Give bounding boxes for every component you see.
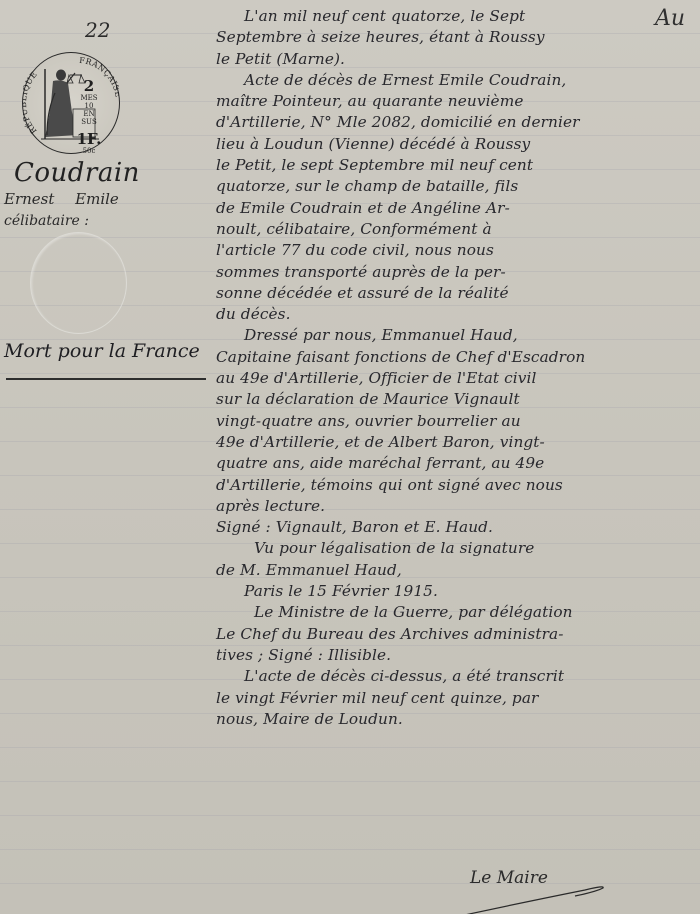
stamp-value-bottom: 1F. (77, 130, 102, 148)
certificate-line: Signé : Vignault, Baron et E. Haud. (216, 517, 692, 538)
certificate-line: le vingt Février mil neuf cent quinze, p… (216, 688, 692, 709)
svg-text:RÉPUBLIQUE: RÉPUBLIQUE (23, 70, 39, 136)
certificate-line: Capitaine faisant fonctions de Chef d'Es… (216, 347, 692, 368)
mention-underline (6, 378, 206, 380)
certificate-line: après lecture. (216, 496, 692, 517)
certificate-line: le Petit, le sept Septembre mil neuf cen… (216, 155, 692, 176)
certificate-line: Le Chef du Bureau des Archives administr… (216, 624, 692, 645)
certificate-line: lieu à Loudun (Vienne) décédé à Roussy (216, 134, 692, 155)
certificate-line: l'article 77 du code civil, nous nous (216, 240, 692, 261)
certificate-line: tives ; Signé : Illisible. (216, 645, 692, 666)
certificate-line: Le Ministre de la Guerre, par délégation (216, 602, 692, 623)
embossed-seal-icon (30, 232, 127, 334)
certificate-line: le Petit (Marne). (216, 49, 692, 70)
certificate-line: quatorze, sur le champ de bataille, fils (216, 176, 692, 197)
deceased-given-names: Ernest Emile (4, 190, 119, 208)
certificate-line: Vu pour légalisation de la signature (216, 538, 692, 559)
certificate-line: nous, Maire de Loudun. (216, 709, 692, 730)
certificate-line: L'an mil neuf cent quatorze, le Sept (216, 6, 692, 27)
certificate-line: d'Artillerie, témoins qui ont signé avec… (216, 475, 692, 496)
certificate-line: de Emile Coudrain et de Angéline Ar- (216, 198, 692, 219)
stamp-value-suffix: MES 10 (75, 94, 103, 110)
mayor-signature: Le Maire (470, 868, 548, 888)
stamp-value-middle: EN SUS (75, 110, 103, 126)
certificate-line: noult, célibataire, Conformément à (216, 219, 692, 240)
marianne-figure-icon: RÉPUBLIQUE FRANÇAISE (23, 53, 119, 153)
certificate-body: L'an mil neuf cent quatorze, le SeptSept… (216, 6, 692, 730)
certificate-line: Dressé par nous, Emmanuel Haud, (216, 325, 692, 346)
certificate-line: maître Pointeur, au quarante neuvième (216, 91, 692, 112)
mort-pour-la-france-mention: Mort pour la France (4, 340, 200, 362)
certificate-line: sur la déclaration de Maurice Vignault (216, 389, 692, 410)
certificate-line: vingt-quatre ans, ouvrier bourrelier au (216, 411, 692, 432)
certificate-line: quatre ans, aide maréchal ferrant, au 49… (216, 453, 692, 474)
margin-column: 22 RÉPUBLIQUE FRANÇAISE (0, 0, 205, 914)
certificate-line: sommes transporté auprès de la per- (216, 262, 692, 283)
certificate-line: Paris le 15 Février 1915. (216, 581, 692, 602)
certificate-line: Septembre à seize heures, étant à Roussy (216, 27, 692, 48)
certificate-line: de M. Emmanuel Haud, (216, 560, 692, 581)
deceased-surname: Coudrain (14, 158, 140, 188)
marital-status: célibataire : (4, 213, 89, 229)
fiscal-stamp: RÉPUBLIQUE FRANÇAISE 2 MES 10 EN SU (22, 52, 120, 154)
certificate-line: sonne décédée et assuré de la réalité (216, 283, 692, 304)
certificate-line: d'Artillerie, N° Mle 2082, domicilié en … (216, 112, 692, 133)
certificate-line: du décès. (216, 304, 692, 325)
page-number: 22 (85, 18, 110, 42)
certificate-line: 49e d'Artillerie, et de Albert Baron, vi… (216, 432, 692, 453)
certificate-line: Acte de décès de Ernest Emile Coudrain, (216, 70, 692, 91)
register-page: 22 RÉPUBLIQUE FRANÇAISE (0, 0, 700, 914)
stamp-value: 2 MES 10 EN SUS 1F. 50c (75, 79, 103, 155)
certificate-line: au 49e d'Artillerie, Officier de l'Etat … (216, 368, 692, 389)
stamp-value-cents: 50c (75, 147, 103, 155)
certificate-line: L'acte de décès ci-dessus, a été transcr… (216, 666, 692, 687)
stamp-value-top: 2 (84, 77, 94, 95)
